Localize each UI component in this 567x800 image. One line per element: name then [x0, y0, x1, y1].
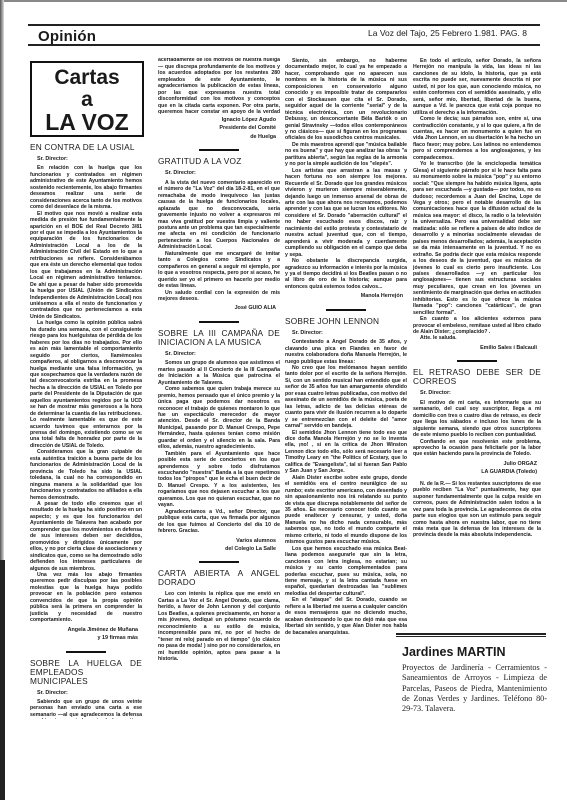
- letter-paragraph: Sabiendo que un grupo de unos veinte per…: [30, 699, 142, 719]
- masthead-date-page: La Voz del Tajo, 25 Febrero 1.981. PAG. …: [368, 28, 527, 38]
- cartas-feature-box: Cartas a LA VOZ: [30, 61, 144, 137]
- letter-iii-campana: SOBRE LA III CAMPAÑA DE INICIACION A LA …: [158, 329, 280, 553]
- letter-salutation: Sr. Director:: [165, 170, 280, 176]
- letter-signature: Varios alumnos: [158, 538, 276, 544]
- letter-paragraph: En cuanto a los alicientes externos para…: [413, 316, 541, 335]
- ad-rule-top-2: [396, 636, 546, 637]
- letter-heading: CARTA ABIERTA A ANGEL DORADO: [158, 569, 280, 587]
- letter-gratitud: GRATITUD A LA VOZ Sr. Director: A la vis…: [158, 157, 280, 312]
- letter-paragraph: Siento, sin embargo, no haberme document…: [285, 58, 407, 142]
- separator-rule: [199, 149, 239, 151]
- section-title: Opinión: [38, 28, 96, 45]
- letter-paragraph: Como le decía; sus párrafos son, entre s…: [413, 116, 541, 161]
- letter-heading: SOBRE JOHN LENNON: [285, 317, 407, 326]
- letter-paragraph: Confiando en que resolverán este problem…: [413, 439, 541, 458]
- letter-paragraph: Los que hemos escuchado esa música Beat-…: [285, 546, 407, 598]
- letter-paragraph: Los artistas que arrastran a las masas y…: [285, 168, 407, 258]
- column-1: EN CONTRA DE LA USIAL Sr. Director: En r…: [30, 138, 142, 719]
- letter-signature: Ignacio López Agudo: [158, 117, 276, 123]
- header-rule-top-right: [300, 24, 540, 26]
- letter-paragraph: En relación con la huelga que los funcio…: [30, 165, 142, 210]
- column-2: Sabiendo que un grupo de unos veinte per…: [158, 58, 280, 748]
- letter-paragraph: A la vista del nuevo comentario aparecid…: [158, 180, 280, 251]
- letter-paragraph: Contestando a Angel Dorado de 35 años, y…: [285, 339, 407, 365]
- letter-sobre-john-lennon: SOBRE JOHN LENNON Sr. Director: Contesta…: [285, 317, 407, 636]
- separator-rule: [199, 561, 239, 563]
- letter-paragraph: El motivo de mi carta, es informarle que…: [413, 400, 541, 439]
- letter-paragraph: Una vez más los abajo firmantes queremos…: [30, 572, 142, 624]
- letter-signature: Julio ORGAZ: [413, 461, 537, 467]
- letter-en-contra-usial: EN CONTRA DE LA USIAL Sr. Director: En r…: [30, 143, 142, 642]
- letter-signature: Angela Jiménez de Muñana: [30, 627, 138, 633]
- letter-paragraph: En el "ataque" del Sr. Dorado, cuando se…: [285, 597, 407, 636]
- letter-heading: SOBRE LA III CAMPAÑA DE INICIACION A LA …: [158, 329, 280, 347]
- letter-heading: EN CONTRA DE LA USIAL: [30, 143, 142, 152]
- letter-paragraph: Un saludo cordial con la expresión de mi…: [158, 290, 280, 303]
- letter-paragraph: También para el Ayuntamiento que hace po…: [158, 451, 280, 509]
- separator-rule: [326, 309, 366, 311]
- scan-left-shadow: [0, 560, 5, 800]
- letter-salutation: Sr. Director:: [292, 330, 407, 336]
- letter-paragraph: Yo le transcribo (de la enciclopedia tem…: [413, 161, 541, 316]
- letter-paragraph: Como sabemos que quien trabaja merece su…: [158, 386, 280, 451]
- feature-line-2: a: [32, 89, 142, 110]
- letter-paragraph: El semidiós Jhon Lennon tiene todo eso q…: [285, 430, 407, 475]
- column-3: Siento, sin embargo, no haberme document…: [285, 58, 407, 748]
- separator-rule: [457, 360, 497, 362]
- letter-paragraph: El motivo que nos movió a realizar esta …: [30, 211, 142, 321]
- letter-paragraph: A pesar de todo ello creemos que el resu…: [30, 501, 142, 572]
- letter-paragraph: La huelga como la opinión pública sabrá …: [30, 320, 142, 449]
- ad-title-name: MARTIN: [457, 645, 506, 659]
- letter-paragraph: Atte. le saluda.: [413, 335, 541, 341]
- letter-paragraph: Sabiendo que un grupo de unos veinte per…: [158, 58, 280, 114]
- header-rule-bottom-right: [300, 44, 540, 46]
- letter-signature: Manola Herrejón: [285, 293, 403, 299]
- letter-paragraph: Consideramos que la gran culpable de est…: [30, 449, 142, 501]
- ad-body: Proyectos de Jardinería - Cerramientos -…: [402, 663, 547, 714]
- letter-paragraph: Agradeceríamos a Vd., señor Director, qu…: [158, 509, 280, 535]
- ad-title: Jardines MARTIN: [402, 645, 547, 659]
- letter-salutation: Sr. Director:: [37, 156, 142, 162]
- ad-rule-top: [396, 633, 546, 635]
- letter-paragraph: Leo con interés la réplica que me envió …: [158, 591, 280, 662]
- letter-salutation: Sr. Director:: [165, 351, 280, 357]
- letter-paragraph: En todo el artículo, señor Dorado, la se…: [413, 58, 541, 116]
- separator-rule: [66, 651, 106, 653]
- feature-line-3: LA VOZ: [32, 110, 142, 134]
- letter-paragraph: Somos un grupo de alumnos que asistimos …: [158, 360, 280, 386]
- letter-paragraph: No creo que los melómanos hayan sentido …: [285, 365, 407, 430]
- advertisement-jardines-martin: Jardines MARTIN Proyectos de Jardinería …: [402, 645, 547, 714]
- page-top-edge: [0, 0, 567, 2]
- letter-huelga-continued: Sabiendo que un grupo de unos veinte per…: [158, 58, 280, 114]
- letter-signature-line-2: LA GUARDIA (Toledo): [413, 469, 537, 475]
- letter-retraso-correos: EL RETRASO DEBE SER DE CORREOS Sr. Direc…: [413, 368, 541, 539]
- letter-signature-line-2: Presidente del Comité: [158, 125, 276, 131]
- letter-salutation: Sr. Director:: [37, 690, 142, 696]
- letter-heading: EL RETRASO DEBE SER DE CORREOS: [413, 368, 541, 386]
- letter-signature-line-2: del Colegio La Salle: [158, 546, 276, 552]
- letter-paragraph: No obstante la discrepancia surgida, agr…: [285, 258, 407, 290]
- letter-signature: José GUIO ALIA: [158, 305, 276, 311]
- letter-salutation: Sr. Director:: [420, 390, 541, 396]
- letter-signature: Emilio Sales i Balcauli: [413, 345, 537, 351]
- separator-rule: [199, 321, 239, 323]
- header-rule-top-left: [28, 24, 340, 26]
- letter-huelga-empleados: SOBRE LA HUELGA DE EMPLEADOS MUNICIPALES…: [30, 659, 142, 719]
- editor-reply: N. de la R.— Si los restantes suscriptor…: [413, 481, 541, 539]
- letter-signature-line-3: de Huelga: [158, 134, 276, 140]
- ad-title-prefix: Jardines: [402, 645, 453, 659]
- letter-heading: SOBRE LA HUELGA DE EMPLEADOS MUNICIPALES: [30, 659, 142, 686]
- letter-signature-line-2: y 19 firmas más: [30, 635, 138, 641]
- letter-paragraph: De mis maestros aprendí que "música bail…: [285, 142, 407, 168]
- feature-line-1: Cartas: [32, 67, 142, 89]
- letter-carta-abierta: CARTA ABIERTA A ANGEL DORADO Leo con int…: [158, 569, 280, 662]
- letter-heading: GRATITUD A LA VOZ: [158, 157, 280, 166]
- column-4: En todo el artículo, señor Dorado, la se…: [413, 58, 541, 539]
- letter-paragraph: Naturalmente que me encargaré de imitar …: [158, 251, 280, 290]
- letter-paragraph: Alain Dister escribe sobre este grupo, d…: [285, 475, 407, 546]
